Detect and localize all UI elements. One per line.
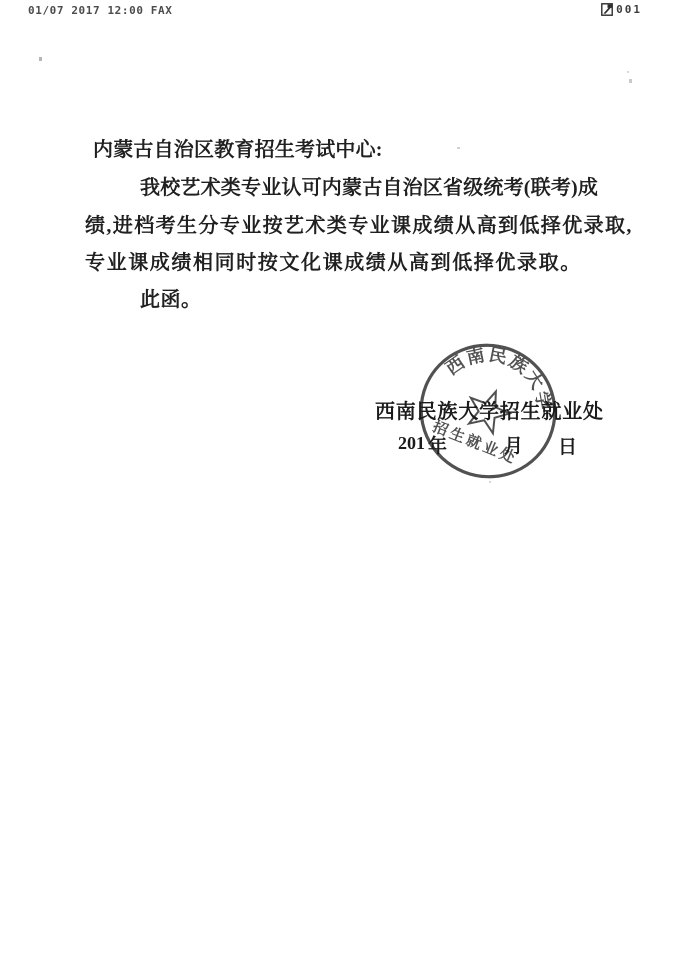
fax-page-number: 001 [616,3,642,16]
letter-body-line-2: 绩,进档考生分专业按艺术类专业课成绩从高到低择优录取, [85,213,633,239]
fax-noise-dot [39,57,42,61]
fax-document-page: 01/07 2017 12:00 FAX 001 内蒙古自治区教育招生考试中心:… [0,0,700,973]
fax-timestamp: 01/07 2017 12:00 FAX [28,4,172,17]
letter-body-line-1: 我校艺术类专业认可内蒙古自治区省级统考(联考)成 [140,175,598,201]
date-century: 201 [398,433,425,454]
date-day-char: 日 [558,432,577,459]
fax-noise-dot [457,147,460,149]
page-icon [601,3,613,16]
date-year-char: 年 [428,431,447,458]
signature-office-name: 西南民族大学招生就业处 [375,395,604,424]
date-month-char: 月 [504,431,523,458]
fax-noise-dot [627,71,629,73]
letter-closing: 此函。 [140,287,202,313]
letter-salutation: 内蒙古自治区教育招生考试中心: [93,137,383,163]
fax-page-counter: 001 [601,3,642,16]
letter-body-line-3: 专业课成绩相同时按文化课成绩从高到低择优录取。 [85,250,582,276]
fax-noise-dot [629,79,632,83]
